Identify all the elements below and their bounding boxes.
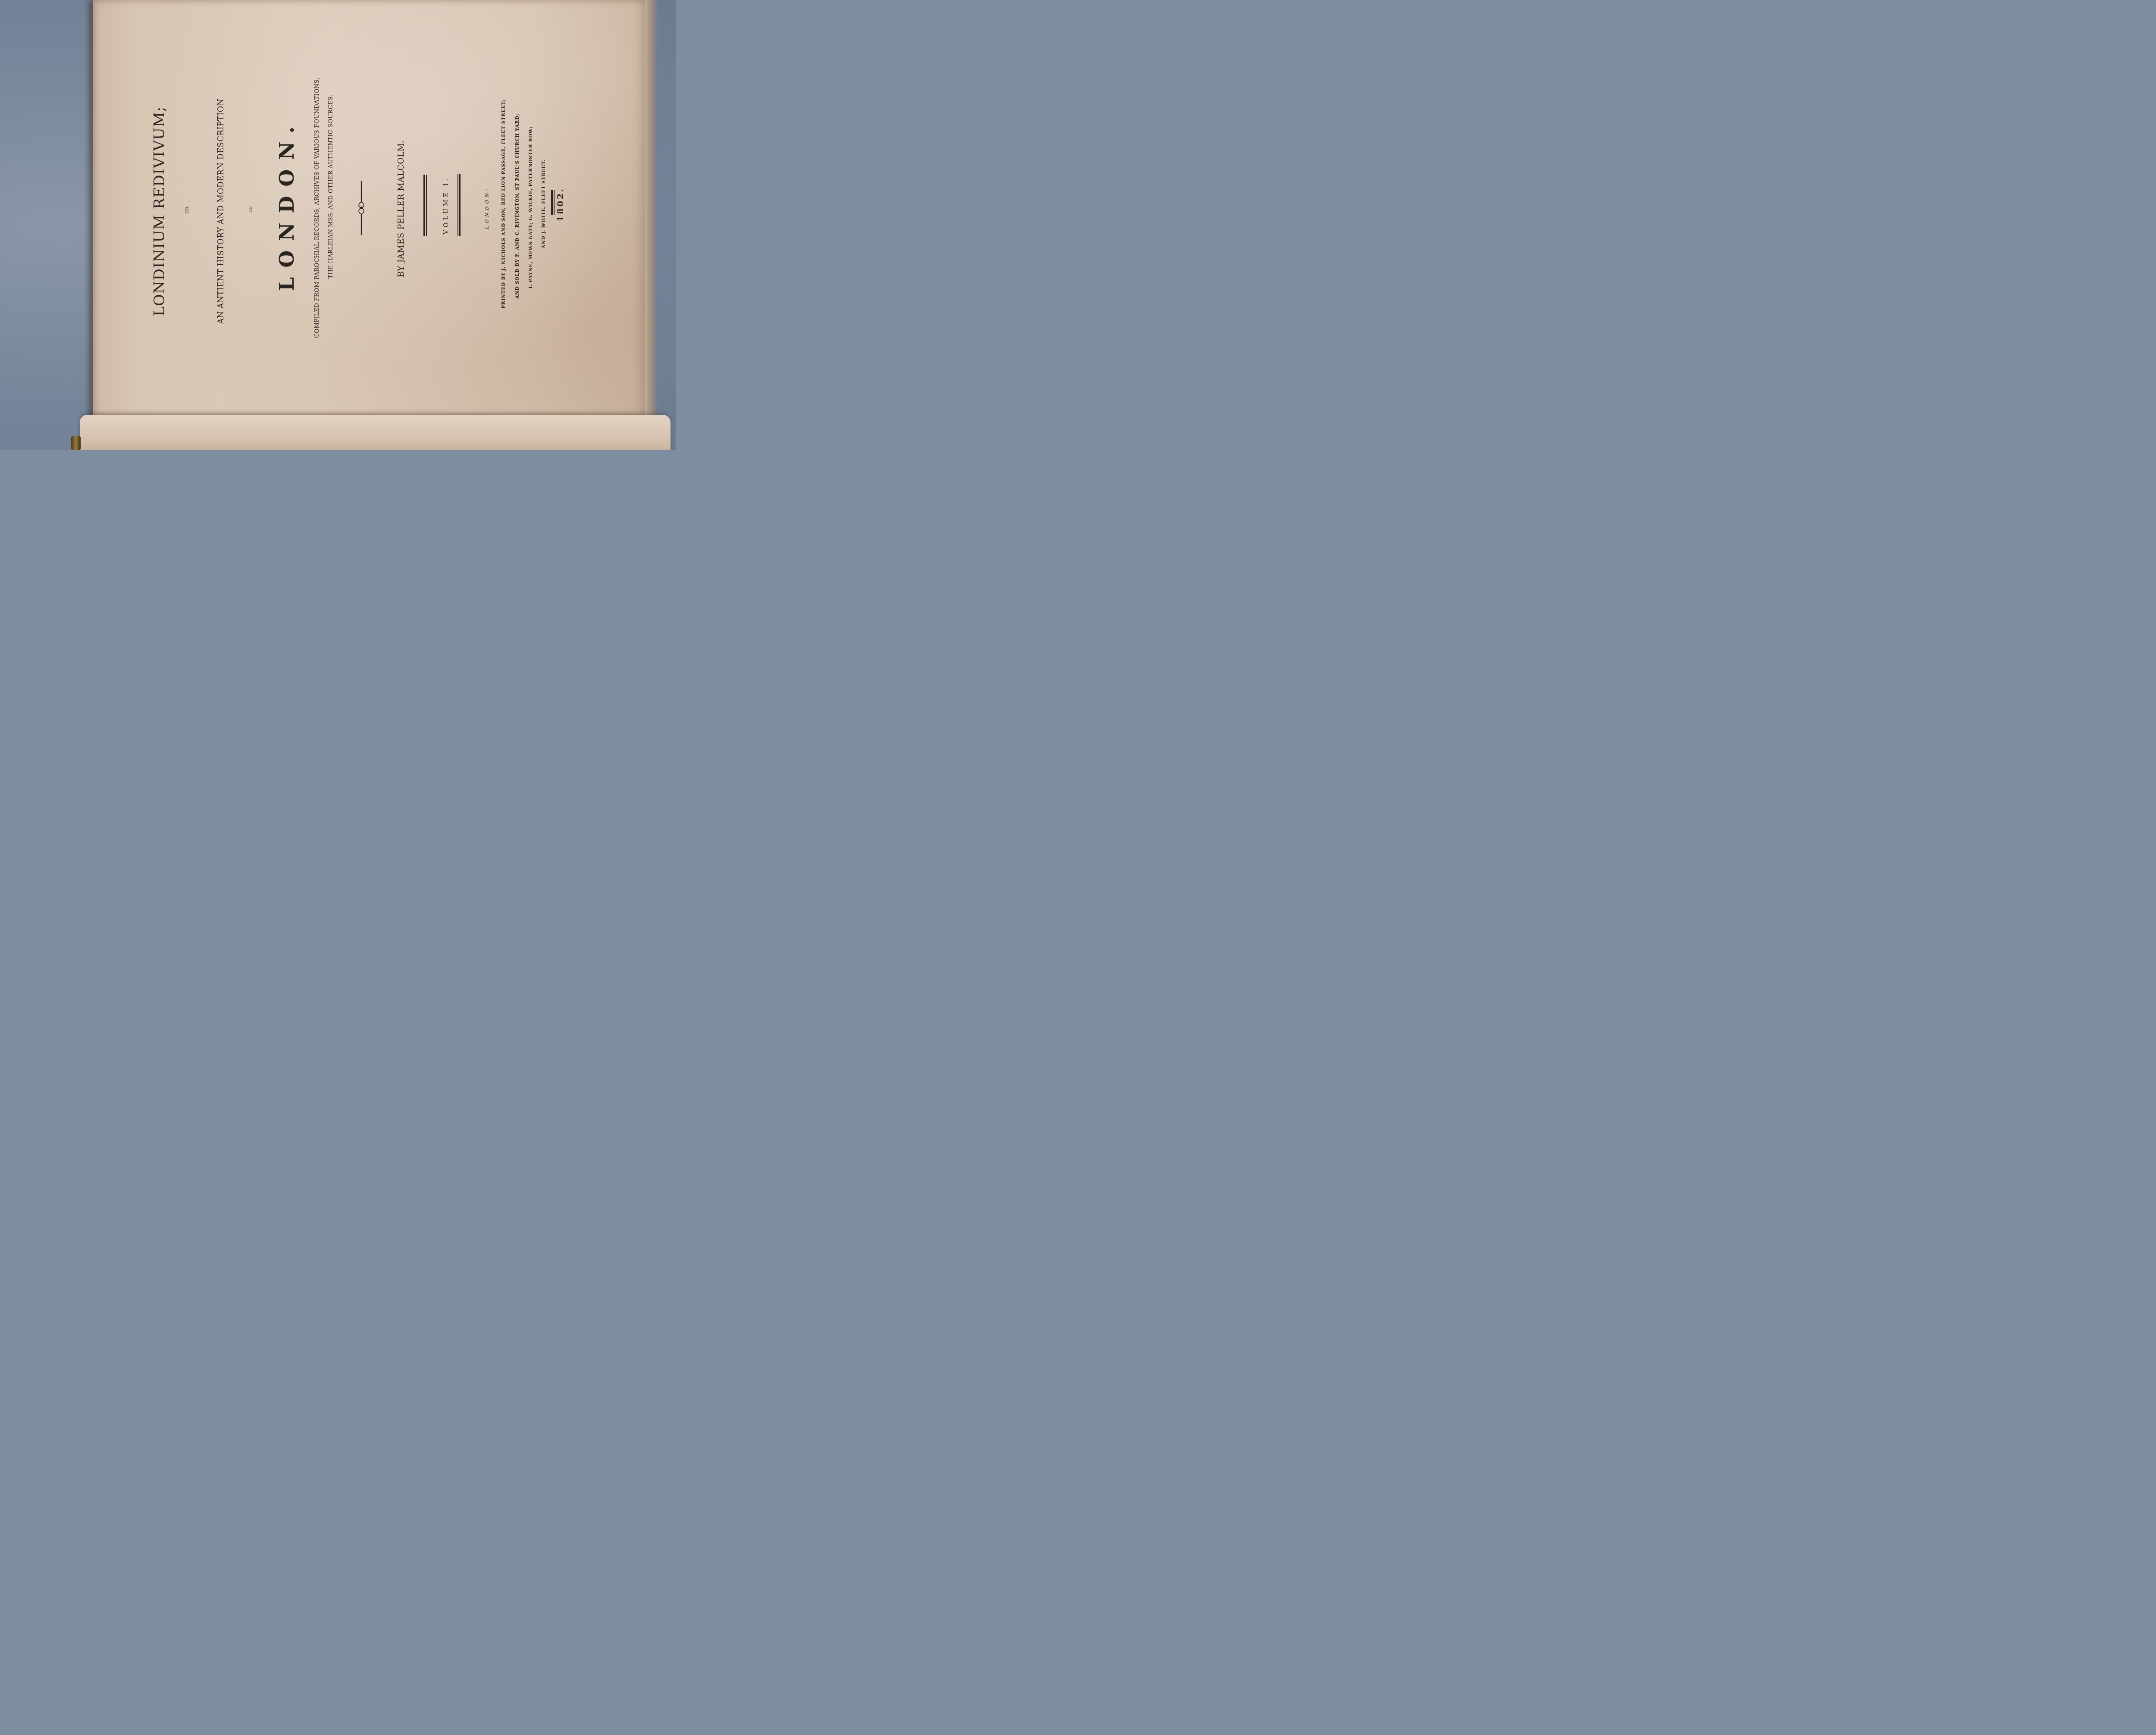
compiled-from-line-1: COMPILED FROM PAROCHIAL RECORDS, ARCHIVE… bbox=[313, 61, 321, 354]
imprint-line-2: AND SOLD BY F. AND C. RIVINGTON, ST PAUL… bbox=[514, 81, 521, 331]
imprint-place: LONDON: bbox=[484, 182, 490, 234]
book-title: LONDINIUM REDIVIVUM; bbox=[151, 99, 168, 323]
imprint-line-4: AND J. WHITE, FLEET STREET. bbox=[540, 146, 547, 262]
author-line: BY JAMES PELLER MALCOLM. bbox=[396, 127, 406, 291]
facing-page-edge bbox=[80, 415, 671, 450]
book-clasp bbox=[71, 436, 81, 450]
year-rule-thin bbox=[554, 190, 555, 215]
imprint-line-1: PRINTED BY J. NICHOLS AND SON, RED LION … bbox=[500, 66, 507, 342]
imprint-line-3: T. PAYNE, MEWS GATE; G. WILKIE, PATERNOS… bbox=[527, 109, 534, 307]
volume-label: VOLUME I. bbox=[442, 173, 450, 238]
of-connector: OF bbox=[248, 203, 254, 216]
decorative-ornament bbox=[357, 181, 366, 235]
book-subtitle: AN ANTIENT HISTORY AND MODERN DESCRIPTIO… bbox=[216, 84, 226, 338]
or-connector: OR, bbox=[185, 200, 191, 218]
volume-rule-left-thin bbox=[426, 175, 427, 236]
year-rule-thick bbox=[551, 190, 553, 215]
publication-year: 1802. bbox=[555, 185, 566, 224]
book-page-edges bbox=[645, 0, 658, 416]
place-name: LONDON. bbox=[274, 132, 300, 291]
compiled-from-line-2: THE HARLEIAN MSS. AND OTHER AUTHENTIC SO… bbox=[327, 145, 335, 279]
volume-rule-right-thin bbox=[458, 174, 458, 236]
volume-rule-left-thick bbox=[423, 175, 425, 236]
volume-rule-right-thick bbox=[459, 174, 461, 236]
